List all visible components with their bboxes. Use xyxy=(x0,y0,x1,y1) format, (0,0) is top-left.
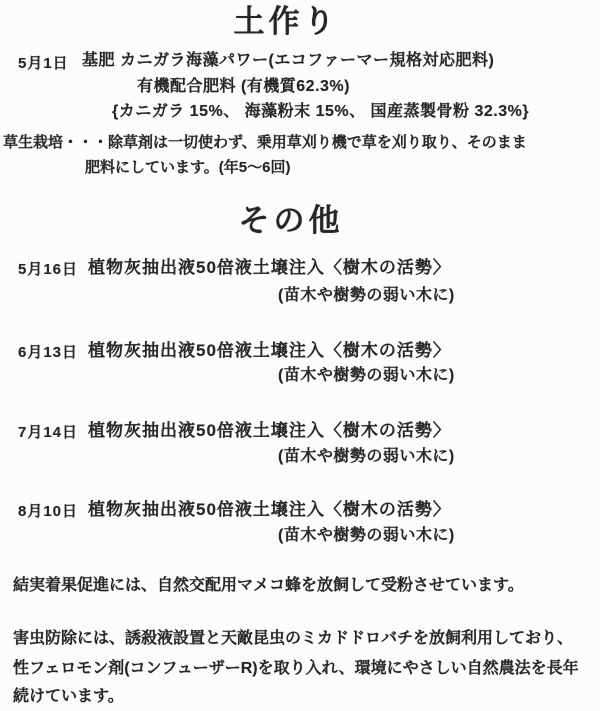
other-entry-line1: 植物灰抽出液50倍液土壌注入〈樹木の活勢〉 xyxy=(88,421,451,441)
other-entry-line1: 植物灰抽出液50倍液土壌注入〈樹木の活勢〉 xyxy=(88,500,451,520)
other-entry-line2: (苗木や樹勢の弱い木に) xyxy=(278,287,455,305)
pest-control-note-line3: 続けています。 xyxy=(13,688,124,706)
other-entry-line2: (苗木や樹勢の弱い木に) xyxy=(278,367,455,385)
grass-cultivation-note-line1: 草生栽培・・・除草剤は一切使わず、乗用草刈り機で草を刈り取り、そのまま xyxy=(3,134,527,151)
other-entry-date: 7月14日 xyxy=(18,424,78,441)
pest-control-note-line2: 性フェロモン剤(コンフューザーR)を取り入れ、環境にやさしい自然農法を長年 xyxy=(13,660,579,678)
soil-section-title: 土作り xyxy=(0,6,586,39)
other-entry-date: 6月13日 xyxy=(18,344,78,361)
other-entry-date: 8月10日 xyxy=(18,503,78,520)
other-section-title: その他 xyxy=(0,205,591,238)
pest-control-note-line1: 害虫防除には、誘殺液設置と天敵昆虫のミカドドロバチを放飼利用しており、 xyxy=(13,630,573,648)
soil-entry-date: 5月1日 xyxy=(18,55,69,72)
other-entry-line2: (苗木や樹勢の弱い木に) xyxy=(278,448,455,466)
pollination-note: 結実着果促進には、自然交配用マメコ蜂を放飼して受粉させています。 xyxy=(13,577,524,595)
other-entry-line2: (苗木や樹勢の弱い木に) xyxy=(278,527,455,545)
soil-entry-line3: {カニガラ 15%、 海藻粉末 15%、 国産蒸製骨粉 32.3%} xyxy=(112,103,529,121)
scanned-document-page: 土作り 5月1日 基肥 カニガラ海藻パワー(エコファーマー規格対応肥料) 有機配… xyxy=(0,0,600,711)
soil-entry-line1: 基肥 カニガラ海藻パワー(エコファーマー規格対応肥料) xyxy=(82,52,494,70)
other-entry-date: 5月16日 xyxy=(18,261,78,278)
other-entry-line1: 植物灰抽出液50倍液土壌注入〈樹木の活勢〉 xyxy=(88,341,451,361)
grass-cultivation-note-line2: 肥料にしています。(年5～6回) xyxy=(85,159,290,176)
soil-entry-line2: 有機配合肥料 (有機質62.3%) xyxy=(137,78,350,96)
other-entry-line1: 植物灰抽出液50倍液土壌注入〈樹木の活勢〉 xyxy=(88,258,451,278)
